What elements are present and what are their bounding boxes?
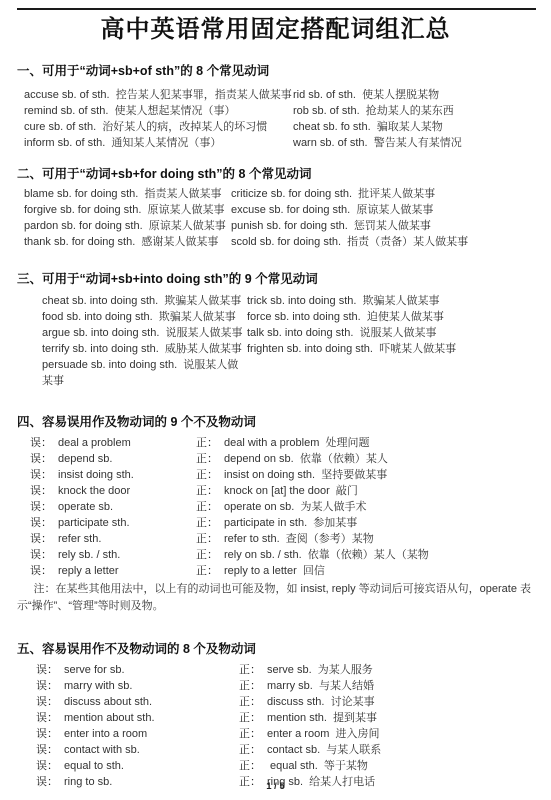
correct-label: 正： [239,696,261,708]
correct-text: reply to a letter 回信 [224,565,325,577]
wrong-text: marry with sb. [64,680,132,692]
correct-text: operate on sb. 为某人做手术 [224,501,366,513]
top-divider [17,8,536,10]
wrong-usage: 误：discuss about sth. [36,694,239,710]
phrase-row: accuse sb. of sth. 控告某人犯某事罪，指责某人做某事 rid … [0,87,551,103]
correct-text: discuss sth. 讨论某事 [267,696,375,708]
wrong-label: 误： [30,469,52,481]
correct-text: participate in sth. 参加某事 [224,517,357,529]
wrong-correct-row: 误：marry with sb. 正：marry sb. 与某人结婚 [0,678,551,694]
phrase-left: remind sb. of sth. 使某人想起某情况（事） [24,103,293,119]
correct-text: marry sb. 与某人结婚 [267,680,374,692]
correct-label: 正： [196,469,218,481]
wrong-usage: 误：enter into a room [36,726,239,742]
correct-label: 正： [196,549,218,561]
phrase-left: persuade sb. into doing sth. 说服某人做某事 [42,357,247,389]
wrong-correct-row: 误：rely sb. / sth. 正：rely on sb. / sth. 依… [0,547,551,563]
correct-label: 正： [239,728,261,740]
wrong-label: 误： [36,744,58,756]
phrase-left: cure sb. of sth. 治好某人的病，改掉某人的坏习惯 [24,119,293,135]
wrong-text: reply a letter [58,565,119,577]
wrong-label: 误： [30,453,52,465]
section5-rows: 误：serve for sb. 正：serve sb. 为某人服务 误：marr… [0,662,551,790]
correct-text: contact sb. 与某人联系 [267,744,381,756]
wrong-label: 误： [30,501,52,513]
wrong-usage: 误：mention about sth. [36,710,239,726]
wrong-usage: 误：rely sb. / sth. [30,547,196,563]
wrong-correct-row: 误：mention about sth. 正：mention sth. 提到某事 [0,710,551,726]
wrong-usage: 误：depend sb. [30,451,196,467]
section3-heading: 三、可用于“动词+sb+into doing sth”的 9 个常见动词 [17,272,551,287]
wrong-usage: 误：participate sth. [30,515,196,531]
correct-usage: 正：enter a room 进入房间 [239,726,379,742]
correct-usage: 正：operate on sb. 为某人做手术 [196,499,366,515]
correct-label: 正： [196,501,218,513]
correct-usage: 正： equal sth. 等于某物 [239,758,368,774]
phrase-right: warn sb. of sth. 警告某人有某情况 [293,135,462,151]
wrong-text: mention about sth. [64,712,155,724]
correct-usage: 正：knock on [at] the door 敲门 [196,483,358,499]
phrase-left: pardon sb. for doing sth. 原谅某人做某事 [24,218,231,234]
correct-text: refer to sth. 查阅（参考）某物 [224,533,374,545]
wrong-text: serve for sb. [64,664,125,676]
correct-text: mention sth. 提到某事 [267,712,377,724]
wrong-label: 误： [36,664,58,676]
wrong-correct-row: 误：deal a problem 正：deal with a problem 处… [0,435,551,451]
wrong-correct-row: 误：knock the door 正：knock on [at] the doo… [0,483,551,499]
phrase-right: trick sb. into doing sth. 欺骗某人做某事 [247,293,440,309]
document-page: 高中英语常用固定搭配词组汇总 一、可用于“动词+sb+of sth”的 8 个常… [0,0,551,800]
phrase-left: food sb. into doing sth. 欺骗某人做某事 [42,309,247,325]
correct-usage: 正：mention sth. 提到某事 [239,710,377,726]
wrong-text: contact with sb. [64,744,140,756]
correct-text: knock on [at] the door 敲门 [224,485,358,497]
phrase-row: remind sb. of sth. 使某人想起某情况（事） rob sb. o… [0,103,551,119]
phrase-left: inform sb. of sth. 通知某人某情况（事） [24,135,293,151]
phrase-right: frighten sb. into doing sth. 吓唬某人做某事 [247,341,456,357]
wrong-label: 误： [30,485,52,497]
phrase-left: thank sb. for doing sth. 感谢某人做某事 [24,234,231,250]
wrong-usage: 误：contact with sb. [36,742,239,758]
phrase-left: argue sb. into doing sth. 说服某人做某事 [42,325,247,341]
wrong-usage: 误：reply a letter [30,563,196,579]
wrong-correct-row: 误：serve for sb. 正：serve sb. 为某人服务 [0,662,551,678]
wrong-correct-row: 误：reply a letter 正：reply to a letter 回信 [0,563,551,579]
correct-label: 正： [196,565,218,577]
correct-usage: 正：participate in sth. 参加某事 [196,515,357,531]
wrong-label: 误： [30,437,52,449]
correct-usage: 正：contact sb. 与某人联系 [239,742,381,758]
phrase-right: rid sb. of sth. 使某人摆脱某物 [293,87,439,103]
correct-text: depend on sb. 依靠（依赖）某人 [224,453,388,465]
wrong-usage: 误：insist doing sth. [30,467,196,483]
page-number: 1 / 5 [0,781,551,792]
correct-usage: 正：rely on sb. / sth. 依靠（依赖）某人（某物 [196,547,429,563]
correct-usage: 正：marry sb. 与某人结婚 [239,678,374,694]
phrase-row: food sb. into doing sth. 欺骗某人做某事 force s… [0,309,551,325]
phrase-left: accuse sb. of sth. 控告某人犯某事罪，指责某人做某事 [24,87,293,103]
section2-rows: blame sb. for doing sth. 指责某人做某事 critici… [0,186,551,250]
phrase-right: talk sb. into doing sth. 说服某人做某事 [247,325,437,341]
wrong-label: 误： [30,565,52,577]
wrong-label: 误： [30,517,52,529]
correct-usage: 正：reply to a letter 回信 [196,563,325,579]
correct-text: rely on sb. / sth. 依靠（依赖）某人（某物 [224,549,429,561]
wrong-label: 误： [36,696,58,708]
section4-rows: 误：deal a problem 正：deal with a problem 处… [0,435,551,579]
correct-label: 正： [196,533,218,545]
wrong-correct-row: 误：depend sb. 正：depend on sb. 依靠（依赖）某人 [0,451,551,467]
phrase-row: pardon sb. for doing sth. 原谅某人做某事 punish… [0,218,551,234]
wrong-text: insist doing sth. [58,469,134,481]
correct-label: 正： [239,680,261,692]
wrong-label: 误： [30,533,52,545]
section1-heading: 一、可用于“动词+sb+of sth”的 8 个常见动词 [17,64,551,79]
wrong-text: operate sb. [58,501,113,513]
phrase-row: argue sb. into doing sth. 说服某人做某事 talk s… [0,325,551,341]
phrase-row: blame sb. for doing sth. 指责某人做某事 critici… [0,186,551,202]
wrong-correct-row: 误：contact with sb. 正：contact sb. 与某人联系 [0,742,551,758]
phrase-right: excuse sb. for doing sth. 原谅某人做某事 [231,202,433,218]
phrase-right: criticize sb. for doing sth. 批评某人做某事 [231,186,435,202]
correct-label: 正： [196,517,218,529]
phrase-right: cheat sb. fo sth. 骗取某人某物 [293,119,443,135]
wrong-text: depend sb. [58,453,112,465]
phrase-right: punish sb. for doing sth. 惩罚某人做某事 [231,218,431,234]
phrase-left: cheat sb. into doing sth. 欺骗某人做某事 [42,293,247,309]
wrong-correct-row: 误：insist doing sth. 正：insist on doing st… [0,467,551,483]
correct-label: 正： [196,437,218,449]
wrong-label: 误： [36,728,58,740]
phrase-row: thank sb. for doing sth. 感谢某人做某事 scold s… [0,234,551,250]
wrong-text: equal to sth. [64,760,124,772]
section4-note: 注：在某些其他用法中，以上有的动词也可能及物，如 insist, reply 等… [17,581,536,615]
correct-label: 正： [239,760,261,772]
correct-label: 正： [239,744,261,756]
correct-text: enter a room 进入房间 [267,728,379,740]
wrong-correct-row: 误：refer sth. 正：refer to sth. 查阅（参考）某物 [0,531,551,547]
section4-heading: 四、容易误用作及物动词的 9 个不及物动词 [17,415,551,430]
section3-rows: cheat sb. into doing sth. 欺骗某人做某事 trick … [0,293,551,389]
phrase-row: inform sb. of sth. 通知某人某情况（事） warn sb. o… [0,135,551,151]
phrase-row: cheat sb. into doing sth. 欺骗某人做某事 trick … [0,293,551,309]
wrong-text: refer sth. [58,533,101,545]
wrong-correct-row: 误：operate sb. 正：operate on sb. 为某人做手术 [0,499,551,515]
correct-label: 正： [239,664,261,676]
correct-text: insist on doing sth. 坚持要做某事 [224,469,387,481]
correct-usage: 正：depend on sb. 依靠（依赖）某人 [196,451,388,467]
page-title: 高中英语常用固定搭配词组汇总 [0,14,551,46]
wrong-usage: 误：refer sth. [30,531,196,547]
correct-label: 正： [196,485,218,497]
correct-label: 正： [196,453,218,465]
wrong-usage: 误：knock the door [30,483,196,499]
section1-rows: accuse sb. of sth. 控告某人犯某事罪，指责某人做某事 rid … [0,87,551,151]
wrong-label: 误： [36,760,58,772]
correct-text: equal sth. 等于某物 [267,760,368,772]
wrong-label: 误： [36,680,58,692]
wrong-usage: 误：deal a problem [30,435,196,451]
phrase-left: terrify sb. into doing sth. 威胁某人做某事 [42,341,247,357]
phrase-left: blame sb. for doing sth. 指责某人做某事 [24,186,231,202]
phrase-row: cure sb. of sth. 治好某人的病，改掉某人的坏习惯 cheat s… [0,119,551,135]
wrong-correct-row: 误：discuss about sth. 正：discuss sth. 讨论某事 [0,694,551,710]
wrong-text: participate sth. [58,517,130,529]
correct-usage: 正：deal with a problem 处理问题 [196,435,370,451]
wrong-text: discuss about sth. [64,696,152,708]
wrong-correct-row: 误：participate sth. 正：participate in sth.… [0,515,551,531]
wrong-correct-row: 误：equal to sth. 正： equal sth. 等于某物 [0,758,551,774]
phrase-row: forgive sb. for doing sth. 原谅某人做某事 excus… [0,202,551,218]
wrong-text: knock the door [58,485,130,497]
phrase-right: force sb. into doing sth. 迫使某人做某事 [247,309,444,325]
wrong-correct-row: 误：enter into a room 正：enter a room 进入房间 [0,726,551,742]
wrong-usage: 误：equal to sth. [36,758,239,774]
correct-text: deal with a problem 处理问题 [224,437,370,449]
wrong-usage: 误：operate sb. [30,499,196,515]
section5-heading: 五、容易误用作不及物动词的 8 个及物动词 [17,642,551,657]
correct-usage: 正：insist on doing sth. 坚持要做某事 [196,467,387,483]
wrong-text: rely sb. / sth. [58,549,120,561]
wrong-label: 误： [30,549,52,561]
phrase-row: persuade sb. into doing sth. 说服某人做某事 [0,357,551,389]
correct-text: serve sb. 为某人服务 [267,664,373,676]
wrong-text: deal a problem [58,437,131,449]
phrase-left: forgive sb. for doing sth. 原谅某人做某事 [24,202,231,218]
wrong-text: enter into a room [64,728,147,740]
wrong-label: 误： [36,712,58,724]
correct-usage: 正：discuss sth. 讨论某事 [239,694,375,710]
phrase-right: scold sb. for doing sth. 指责（责备）某人做某事 [231,234,468,250]
wrong-usage: 误：marry with sb. [36,678,239,694]
correct-usage: 正：serve sb. 为某人服务 [239,662,373,678]
wrong-usage: 误：serve for sb. [36,662,239,678]
correct-label: 正： [239,712,261,724]
section2-heading: 二、可用于“动词+sb+for doing sth”的 8 个常见动词 [17,167,551,182]
phrase-row: terrify sb. into doing sth. 威胁某人做某事 frig… [0,341,551,357]
correct-usage: 正：refer to sth. 查阅（参考）某物 [196,531,374,547]
phrase-right: rob sb. of sth. 抢劫某人的某东西 [293,103,454,119]
